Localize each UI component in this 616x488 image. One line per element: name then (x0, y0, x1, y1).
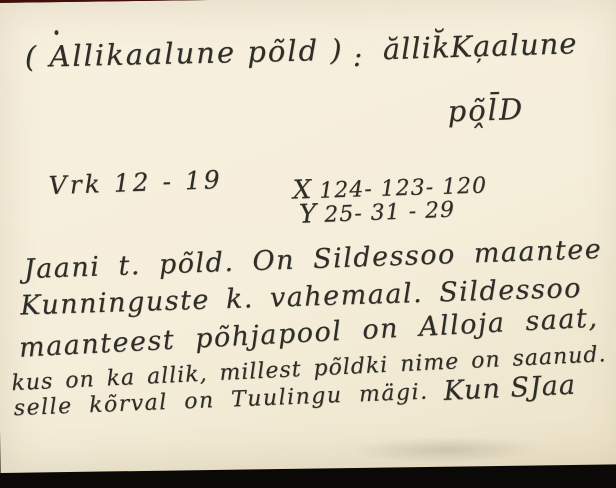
card-heading-phonetic: ăllik̆Ka̦alune (382, 26, 578, 66)
scan-smudge (350, 435, 540, 464)
archive-card: ( Allikaalune põld ) : ăllik̆Ka̦alune põ… (0, 0, 616, 473)
coordinate-y-values: 25- 31 - 29 (324, 198, 456, 228)
coordinate-row-y: Y25- 31 - 29 (298, 194, 455, 230)
card-heading-phonetic-line2: põ̭l̄D (447, 92, 525, 128)
scanned-card-scene: ( Allikaalune põld ) : ăllik̆Ka̦alune põ… (0, 0, 616, 488)
coordinate-y-label: Y (298, 199, 317, 230)
card-heading-name: ( Allikaalune põld ) (24, 33, 344, 74)
collector-signature: Kun SJaa (443, 370, 577, 407)
reference-code: Vrk 12 - 19 (48, 165, 223, 200)
ink-speck (54, 30, 58, 35)
colon-separator: : (353, 40, 363, 73)
